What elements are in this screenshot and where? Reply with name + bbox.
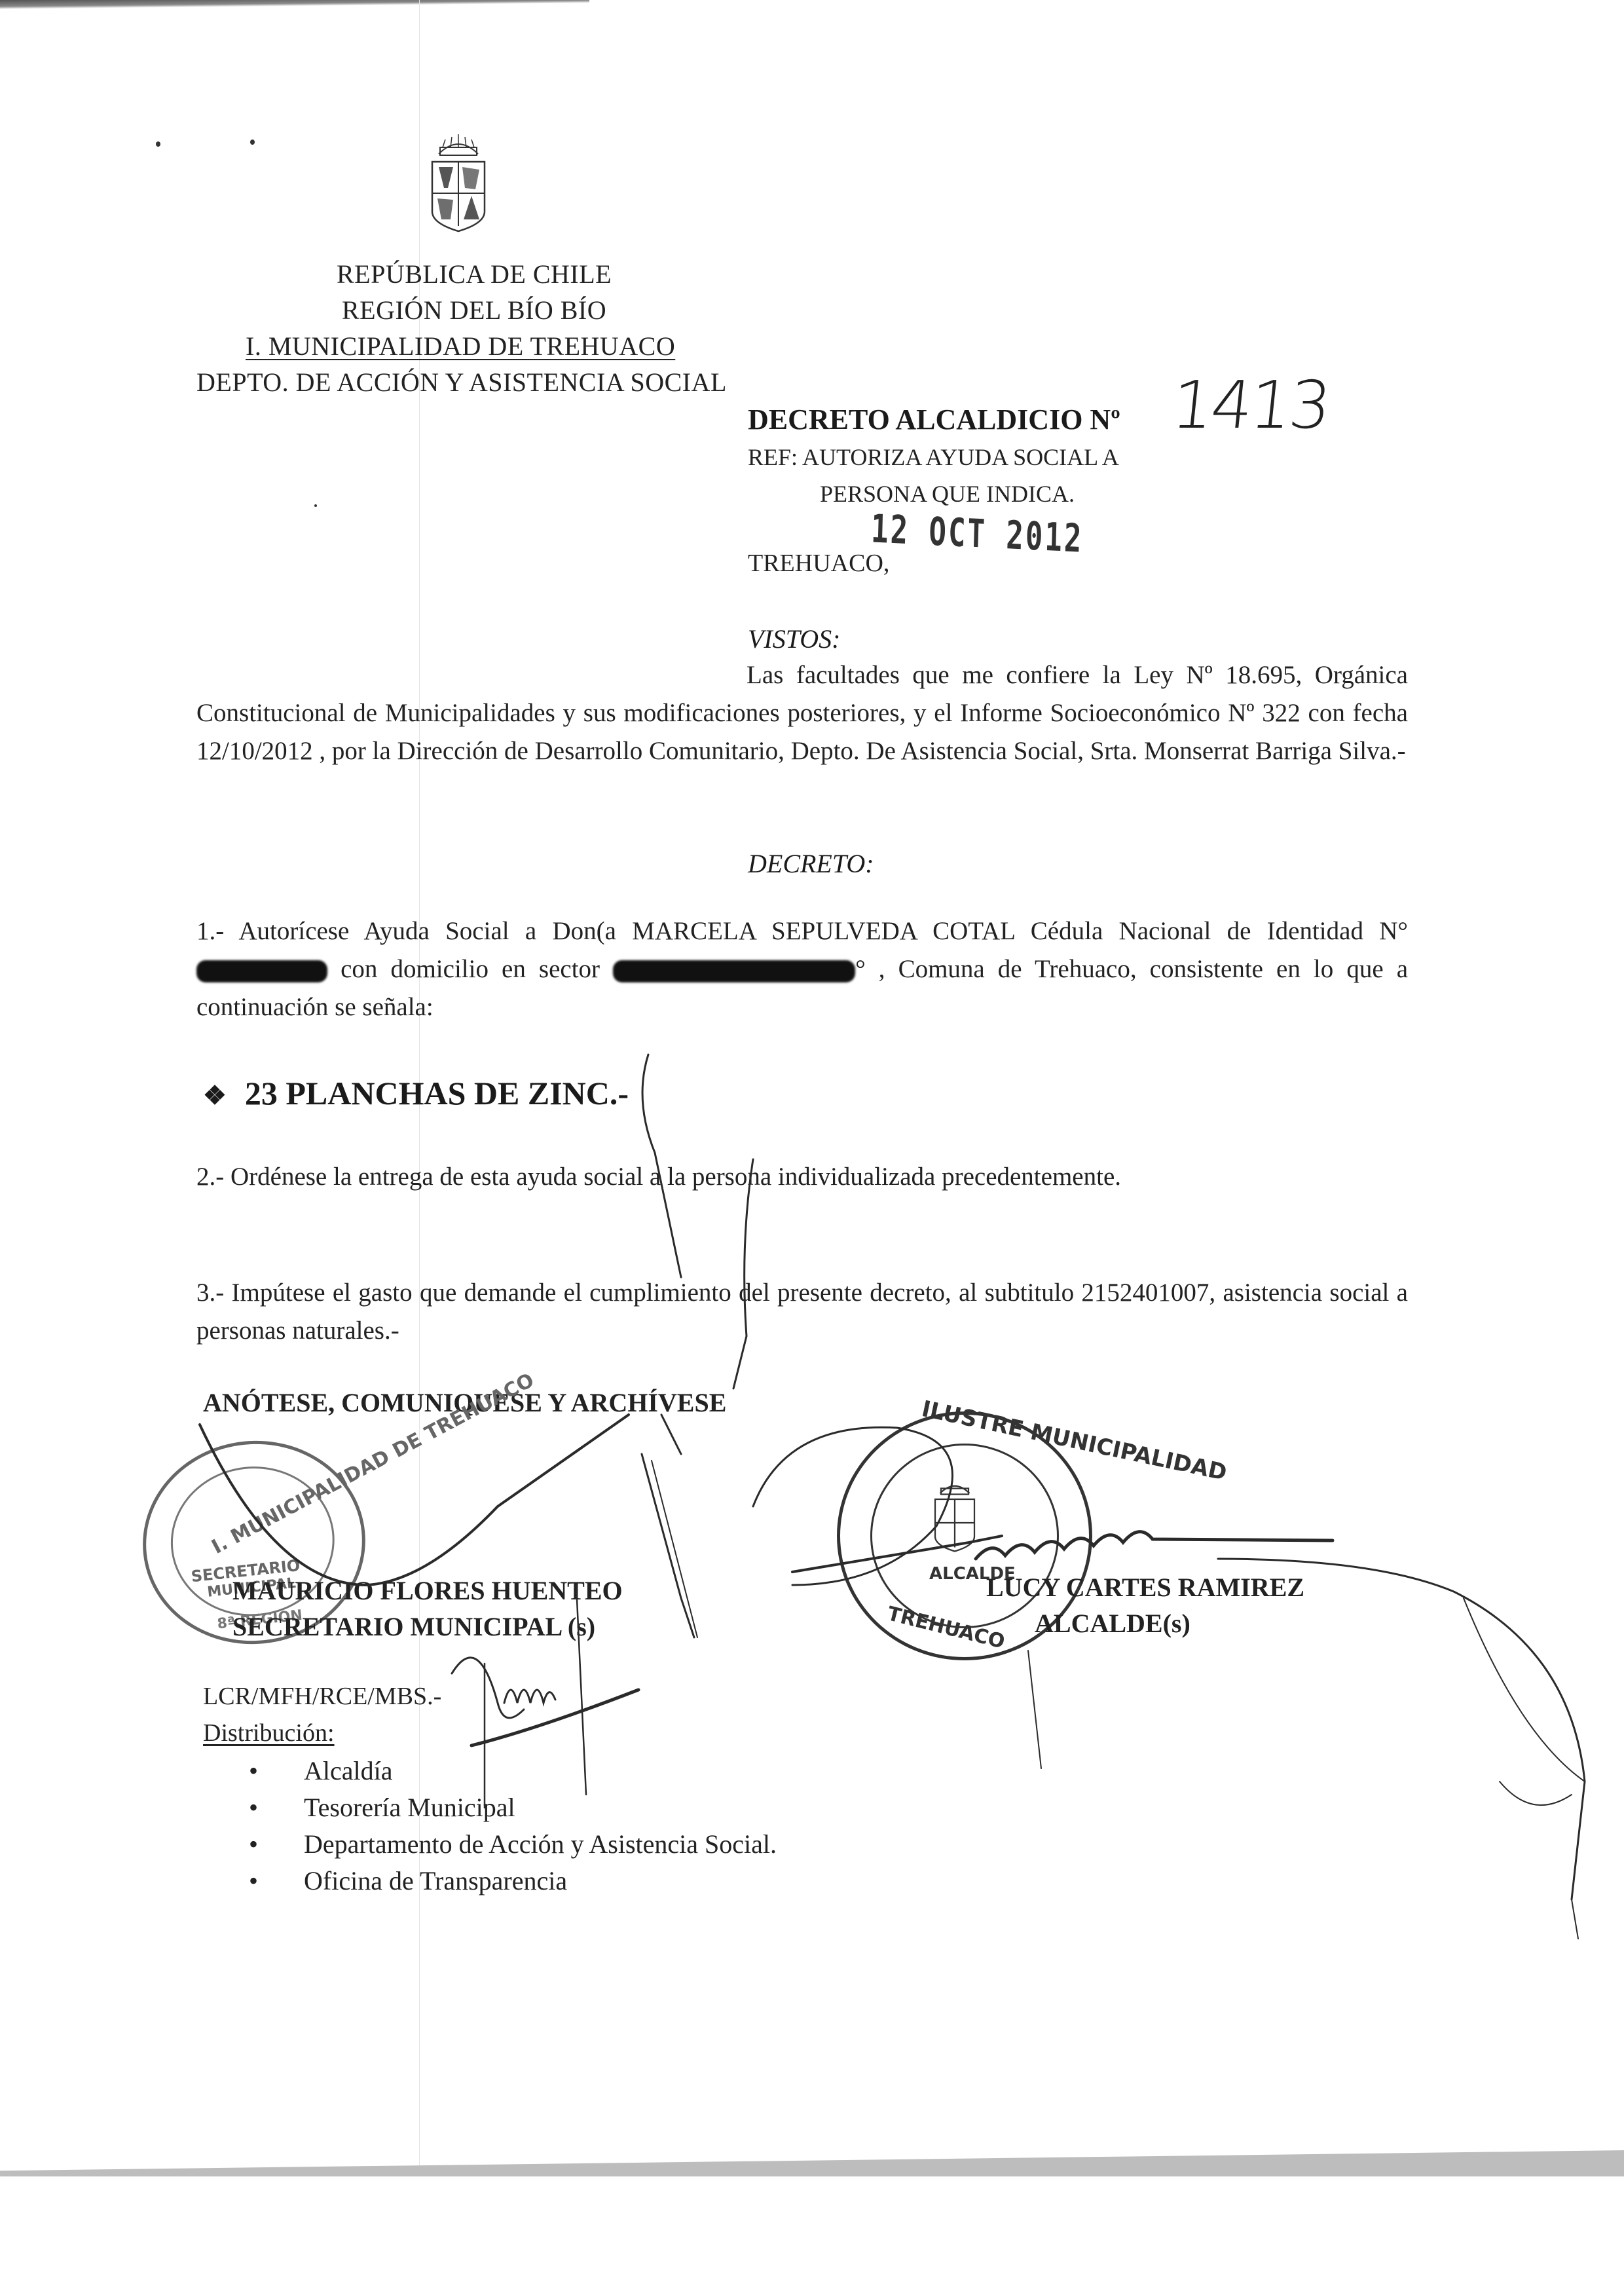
decree-number-handwritten: 1413: [1168, 367, 1333, 443]
secretary-title: SECRETARIO MUNICIPAL (s): [232, 1611, 595, 1642]
distribution-item: Departamento de Acción y Asistencia Soci…: [249, 1826, 777, 1863]
distribution-heading: Distribución:: [203, 1719, 335, 1747]
distribution-item: Tesorería Municipal: [249, 1789, 777, 1826]
decree-title: DECRETO ALCALDICIO Nº: [748, 403, 1120, 436]
decree-place: TREHUACO,: [748, 549, 889, 578]
handwritten-signatures: [0, 0, 1624, 2295]
mayor-name: LUCY CARTES RAMIREZ: [986, 1572, 1304, 1603]
aid-item-label: 23 PLANCHAS DE ZINC.-: [245, 1075, 629, 1111]
decree-reference-line2: PERSONA QUE INDICA.: [820, 480, 1075, 508]
decree-reference-line1: REF: AUTORIZA AYUDA SOCIAL A: [748, 443, 1119, 471]
aid-item: ❖23 PLANCHAS DE ZINC.-: [203, 1074, 629, 1112]
distribution-item: Oficina de Transparencia: [249, 1863, 777, 1899]
diamond-bullet-icon: ❖: [203, 1081, 227, 1110]
decreto-point-1: 1.- Autorícese Ayuda Social a Don(a MARC…: [196, 912, 1408, 1026]
distribution-item: Alcaldía: [249, 1753, 777, 1789]
point1-text-a: 1.- Autorícese Ayuda Social a Don(a MARC…: [196, 917, 1408, 945]
header-country: REPÚBLICA DE CHILE: [337, 259, 612, 289]
mayor-title: ALCALDE(s): [1035, 1608, 1190, 1639]
decreto-point-2: 2.- Ordénese la entrega de esta ayuda so…: [196, 1158, 1408, 1196]
header-region: REGIÓN DEL BÍO BÍO: [342, 295, 606, 326]
point1-text-b: con domicilio en sector: [341, 955, 600, 983]
scan-speck: [156, 141, 160, 147]
vistos-heading: VISTOS:: [748, 624, 840, 654]
date-stamp: 12 OCT 2012: [870, 506, 1084, 561]
scan-shadow-top: [0, 0, 589, 9]
scan-shadow-bottom: [0, 2150, 1624, 2176]
vistos-paragraph: Las facultades que me confiere la Ley Nº…: [196, 656, 1408, 770]
decreto-heading: DECRETO:: [748, 848, 874, 879]
header-department: DEPTO. DE ACCIÓN Y ASISTENCIA SOCIAL: [196, 367, 727, 398]
redacted-sector: [613, 960, 855, 982]
scan-speck: [250, 140, 255, 145]
mayor-seal-crest-icon: [925, 1474, 984, 1552]
redacted-id-number: [196, 960, 327, 982]
header-municipality: I. MUNICIPALIDAD DE TREHUACO: [246, 331, 675, 362]
secretary-name: MAURICIO FLORES HUENTEO: [232, 1575, 623, 1606]
typist-initials: LCR/MFH/RCE/MBS.-: [203, 1682, 441, 1711]
decreto-point-3: 3.- Impútese el gasto que demande el cum…: [196, 1274, 1408, 1350]
distribution-list: Alcaldía Tesorería Municipal Departament…: [249, 1753, 777, 1899]
municipal-crest-icon: [419, 128, 498, 233]
scan-speck: [314, 504, 317, 507]
